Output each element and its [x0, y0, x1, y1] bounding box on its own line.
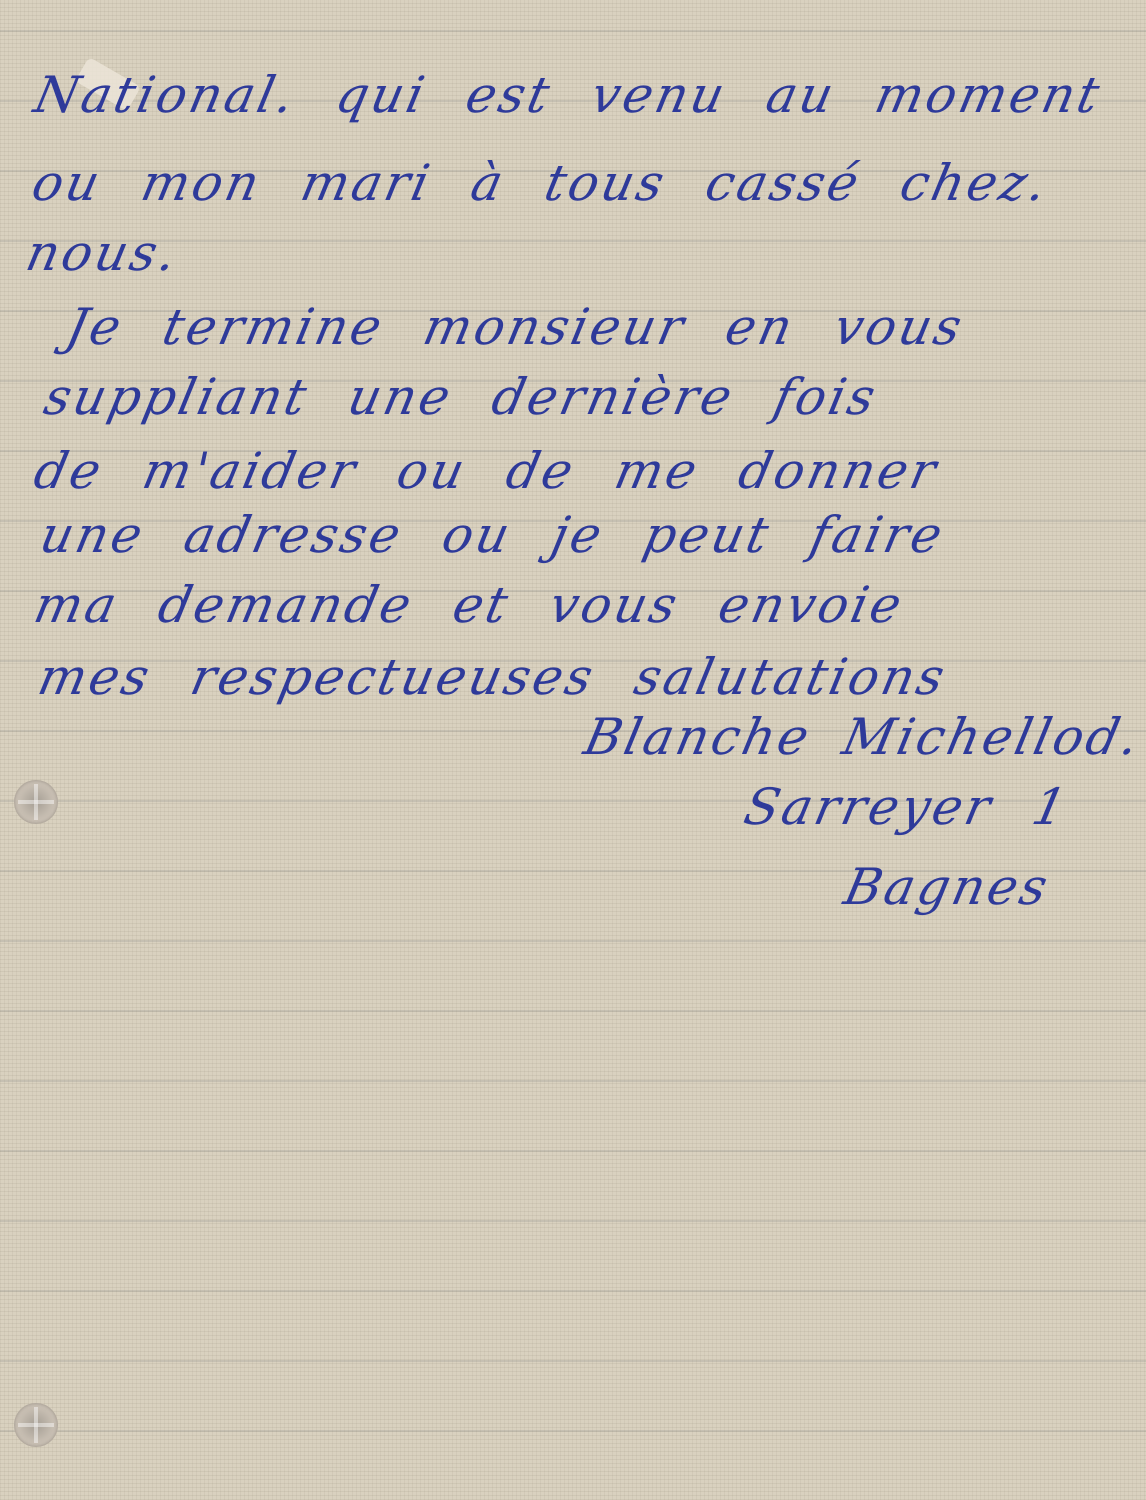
punch-hole-lower [14, 1403, 58, 1447]
letter-page: National. qui est venu au moment ou mon … [0, 0, 1146, 1500]
letter-line-4: Je termine monsieur en vous [62, 302, 969, 352]
signature-address-village: Sarreyer 1 [740, 782, 1074, 832]
letter-line-2: ou mon mari à tous cassé chez. [28, 158, 1054, 208]
punch-hole-upper [14, 780, 58, 824]
letter-line-5: suppliant une dernière fois [40, 372, 882, 422]
letter-line-3: nous. [22, 228, 184, 278]
signature-name: Blanche Michellod. [580, 712, 1146, 762]
letter-line-7: une adresse ou je peut faire [36, 510, 949, 560]
letter-line-8: ma demande et vous envoie [30, 580, 909, 630]
letter-line-9: mes respectueuses salutations [34, 652, 951, 702]
letter-line-1: National. qui est venu au moment [30, 70, 1106, 120]
signature-address-commune: Bagnes [840, 862, 1055, 912]
letter-line-6: de m'aider ou de me donner [30, 446, 943, 496]
